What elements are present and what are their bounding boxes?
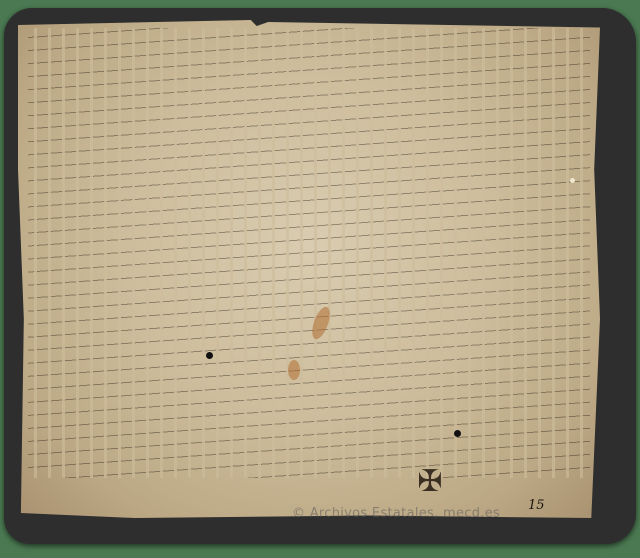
hole: [454, 430, 461, 437]
folio-number: 15: [528, 498, 545, 513]
manuscript-text: [28, 28, 590, 478]
notarial-sign-icon: ✠: [410, 462, 450, 502]
stain: [288, 360, 300, 380]
hole: [206, 352, 213, 359]
hole: [570, 178, 575, 183]
copyright-watermark: © Archivos Estatales, mecd.es: [292, 506, 500, 521]
parchment-document: [18, 20, 600, 518]
